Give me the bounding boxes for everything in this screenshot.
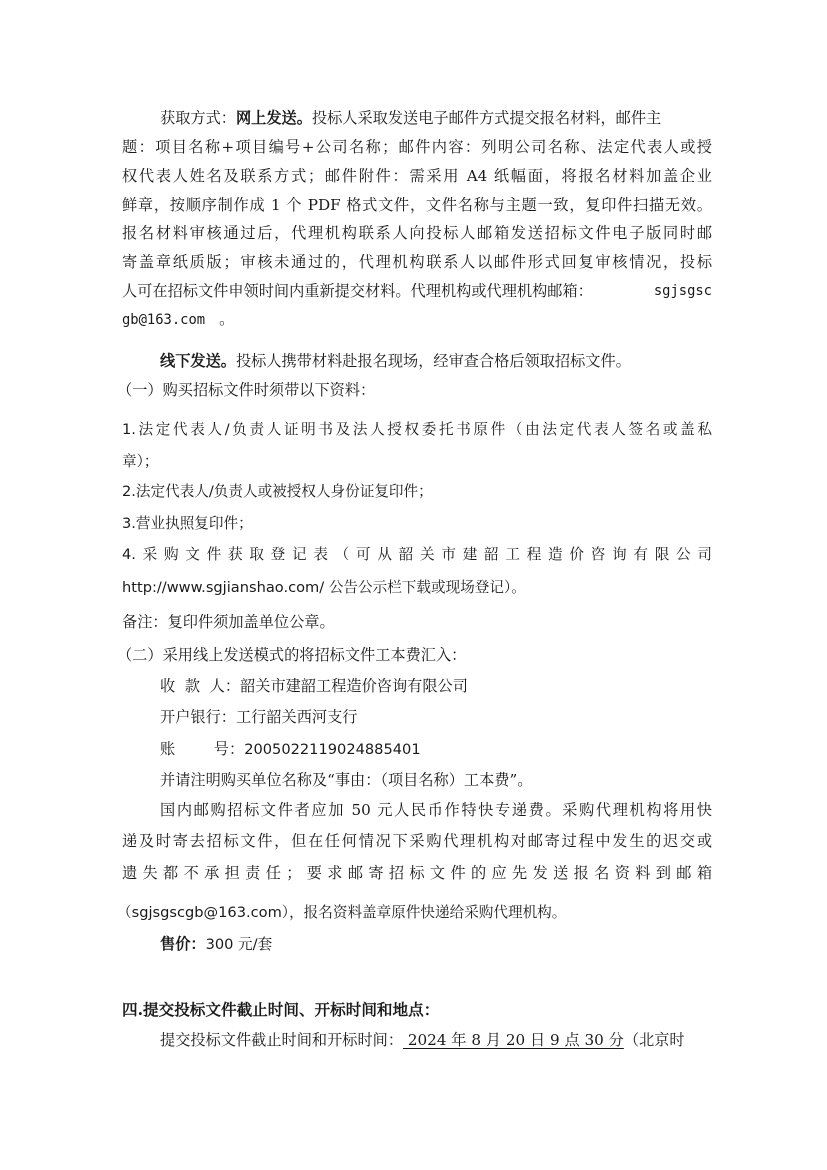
postal-line-3: 遗失都不承担责任；要求邮寄招标文件的应先发送报名资料到邮箱 [122, 863, 712, 883]
paragraph-text: 投标人采取发送电子邮件方式提交报名材料，邮件主 [312, 109, 661, 127]
section-one-item-1: 1.法定代表人/负责人证明书及法人授权委托书原件（由法定代表人签名或盖私 [122, 420, 712, 440]
account-row: 账 号：2005022119024885401 [160, 739, 712, 760]
online-paragraph-line-1: 获取方式：网上发送。投标人采取发送电子邮件方式提交报名材料，邮件主 [160, 108, 712, 128]
bank-label: 开户银行： [160, 708, 236, 726]
bank-row: 开户银行：工行韶关西河支行 [160, 707, 712, 727]
paragraph-text: 人可在招标文件申领时间内重新提交材料。代理机构或代理机构邮箱： [122, 282, 593, 300]
postal-line-4: （sgjsgscgb@163.com），报名资料盖章原件快递给采购代理机构。 [117, 903, 707, 923]
deadline-label: 提交投标文件截止时间和开标时间： [160, 1031, 403, 1049]
section-one-item-3: 3.营业执照复印件； [122, 514, 712, 534]
account-label: 账 号： [160, 740, 244, 758]
section-one-item-4: 4.采购文件获取登记表（可从韶关市建韶工程造价咨询有限公司 [122, 545, 712, 565]
email-part-2: gb@163.com [122, 312, 205, 328]
document-page: 获取方式：网上发送。投标人采取发送电子邮件方式提交报名材料，邮件主 题：项目名称… [0, 0, 827, 1170]
online-send-label: 网上发送。 [236, 109, 312, 127]
payee-label: 收 款 人： [160, 677, 240, 695]
account-value: 2005022119024885401 [244, 741, 420, 758]
deadline-row: 提交投标文件截止时间和开标时间： 2024 年 8 月 20 日 9 点 30 … [160, 1030, 712, 1050]
postal-line-2: 递及时寄去招标文件，但在任何情况下采购代理机构对邮寄过程中发生的迟交或 [122, 831, 712, 851]
online-paragraph-line-7: 人可在招标文件申领时间内重新提交材料。代理机构或代理机构邮箱：sgjsgsc [122, 281, 712, 301]
email-part-1: sgjsgsc [654, 281, 712, 301]
deadline-value: 2024 年 8 月 20 日 9 点 30 分 [403, 1031, 624, 1049]
section-one-note: 备注：复印件须加盖单位公章。 [122, 612, 712, 632]
postal-line-1: 国内邮购招标文件者应加 50 元人民币作特快专递费。采购代理机构将用快 [160, 800, 712, 820]
remark-row: 并请注明购买单位名称及“事由：（项目名称）工本费”。 [160, 770, 712, 790]
online-paragraph-line-8: gb@163.com。 [122, 309, 712, 330]
online-paragraph-line-2: 题：项目名称+项目编号+公司名称；邮件内容：列明公司名称、法定代表人或授 [122, 137, 712, 157]
section-four-heading: 四.提交投标文件截止时间、开标时间和地点： [122, 1000, 712, 1020]
price-row: 售价：300 元/套 [160, 934, 712, 955]
obtain-method-label: 获取方式： [160, 109, 236, 127]
section-one-item-2: 2.法定代表人/负责人或被授权人身份证复印件； [122, 482, 712, 502]
online-paragraph-line-6: 寄盖章纸质版；审核未通过的，代理机构联系人以邮件形式回复审核情况，投标 [122, 252, 712, 272]
section-one-title: （一）购买招标文件时须带以下资料： [117, 380, 707, 400]
period: 。 [219, 310, 234, 328]
price-label: 售价： [160, 935, 206, 953]
bank-value: 工行韶关西河支行 [236, 708, 358, 726]
online-paragraph-line-5: 报名材料审核通过后，代理机构联系人向投标人邮箱发送招标文件电子版同时邮 [122, 223, 712, 243]
offline-send-label: 线下发送。 [160, 352, 236, 370]
section-one-item-4-cont: http://www.sgjianshao.com/ 公告公示栏下载或现场登记）… [122, 578, 712, 598]
paragraph-text: 投标人携带材料赴报名现场，经审查合格后领取招标文件。 [236, 352, 631, 370]
payee-row: 收 款 人：韶关市建韶工程造价咨询有限公司 [160, 676, 712, 696]
price-value: 300 元/套 [206, 936, 273, 953]
payee-value: 韶关市建韶工程造价咨询有限公司 [240, 677, 468, 695]
offline-paragraph: 线下发送。投标人携带材料赴报名现场，经审查合格后领取招标文件。 [160, 351, 712, 371]
section-one-item-1-cont: 章）； [122, 452, 712, 472]
online-paragraph-line-4: 鲜章，按顺序制作成 1 个 PDF 格式文件，文件名称与主题一致，复印件扫描无效… [122, 195, 712, 215]
deadline-suffix: （北京时 [624, 1031, 685, 1049]
online-paragraph-line-3: 权代表人姓名及联系方式；邮件附件：需采用 A4 纸幅面，将报名材料加盖企业 [122, 166, 712, 186]
section-two-title: （二）采用线上发送模式的将招标文件工本费汇入： [117, 645, 707, 665]
